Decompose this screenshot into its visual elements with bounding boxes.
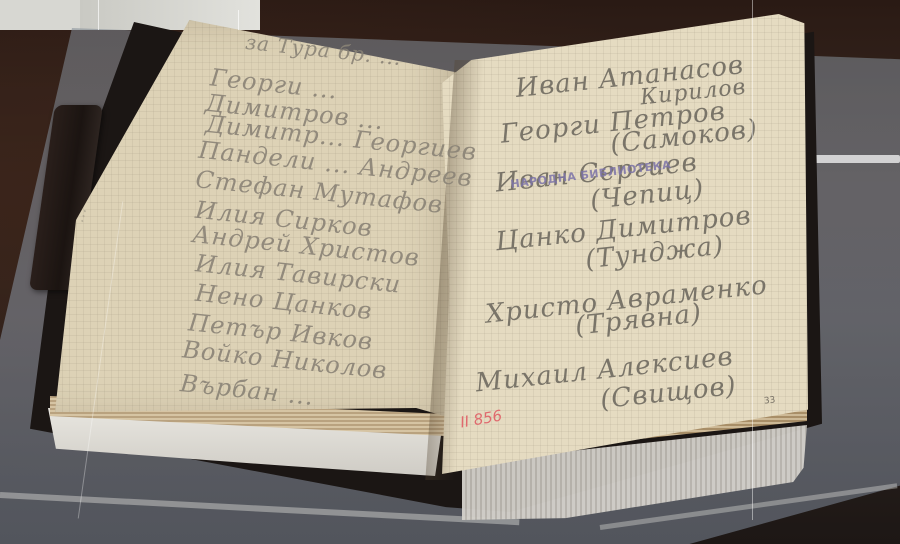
support-string: [98, 0, 99, 30]
support-string: [752, 0, 753, 520]
photo-scene: за Тура бр. ... Георги ... Димитров ... …: [0, 0, 900, 544]
support-string: [238, 10, 239, 30]
glass-support-bar: [815, 155, 900, 163]
page-number: 33: [764, 395, 776, 406]
display-stand-top-highlight: [80, 0, 260, 30]
